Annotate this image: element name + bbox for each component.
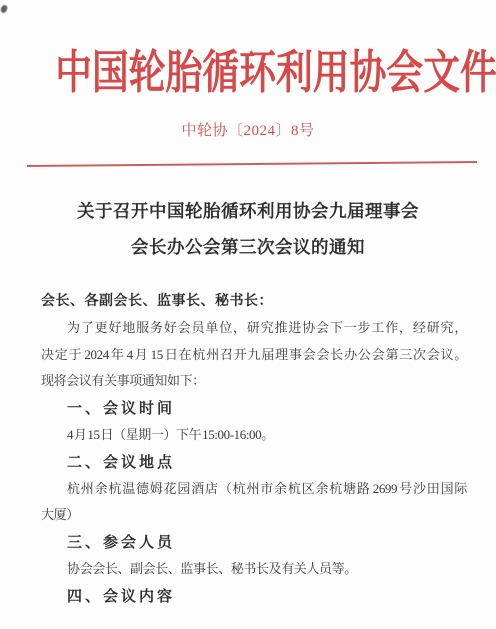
body-line: 大厦） bbox=[41, 502, 467, 529]
org-header: 中国轮胎循环利用协会文件 bbox=[0, 48, 496, 98]
notice-title: 关于召开中国轮胎循环利用协会九届理事会 会长办公会第三次会议的通知 bbox=[0, 194, 496, 266]
scan-artifact-speck bbox=[0, 4, 8, 13]
section-heading: 四、会议内容 bbox=[41, 583, 467, 610]
org-header-text: 中国轮胎循环利用协会文件 bbox=[55, 48, 496, 98]
section-heading: 二、会议地点 bbox=[41, 449, 467, 476]
body-line: 决定于 2024 年 4 月 15 日在杭州召开九届理事会会长办公会第三次会议。 bbox=[41, 342, 467, 369]
body-lines: 为了更好地服务好会员单位，研究推进协会下一步工作，经研究，决定于 2024 年 … bbox=[41, 315, 467, 610]
notice-title-line1: 关于召开中国轮胎循环利用协会九届理事会 bbox=[0, 194, 496, 230]
body-line: 4 月 15 日（星期一）下午 15:00-16:00。 bbox=[41, 422, 467, 449]
section-heading: 三、参会人员 bbox=[41, 529, 467, 556]
body-line: 协会会长、副会长、监事长、秘书长及有关人员等。 bbox=[41, 556, 467, 583]
scanned-document-page: 中国轮胎循环利用协会文件 中轮协〔2024〕8号 关于召开中国轮胎循环利用协会九… bbox=[0, 0, 496, 629]
salutation: 会长、各副会长、监事长、秘书长： bbox=[41, 288, 467, 315]
body-line: 为了更好地服务好会员单位，研究推进协会下一步工作，经研究， bbox=[41, 315, 467, 342]
document-body: 会长、各副会长、监事长、秘书长： 为了更好地服务好会员单位，研究推进协会下一步工… bbox=[41, 288, 467, 610]
body-line: 杭州余杭温德姆花园酒店（杭州市余杭区余杭塘路 2699 号沙田国际 bbox=[41, 476, 467, 503]
notice-title-line2: 会长办公会第三次会议的通知 bbox=[0, 230, 496, 266]
red-divider-line bbox=[27, 161, 477, 167]
doc-number: 中轮协〔2024〕8号 bbox=[0, 122, 496, 141]
section-heading: 一、会议时间 bbox=[41, 395, 467, 422]
body-line: 现将会议有关事项通知如下： bbox=[41, 368, 467, 395]
